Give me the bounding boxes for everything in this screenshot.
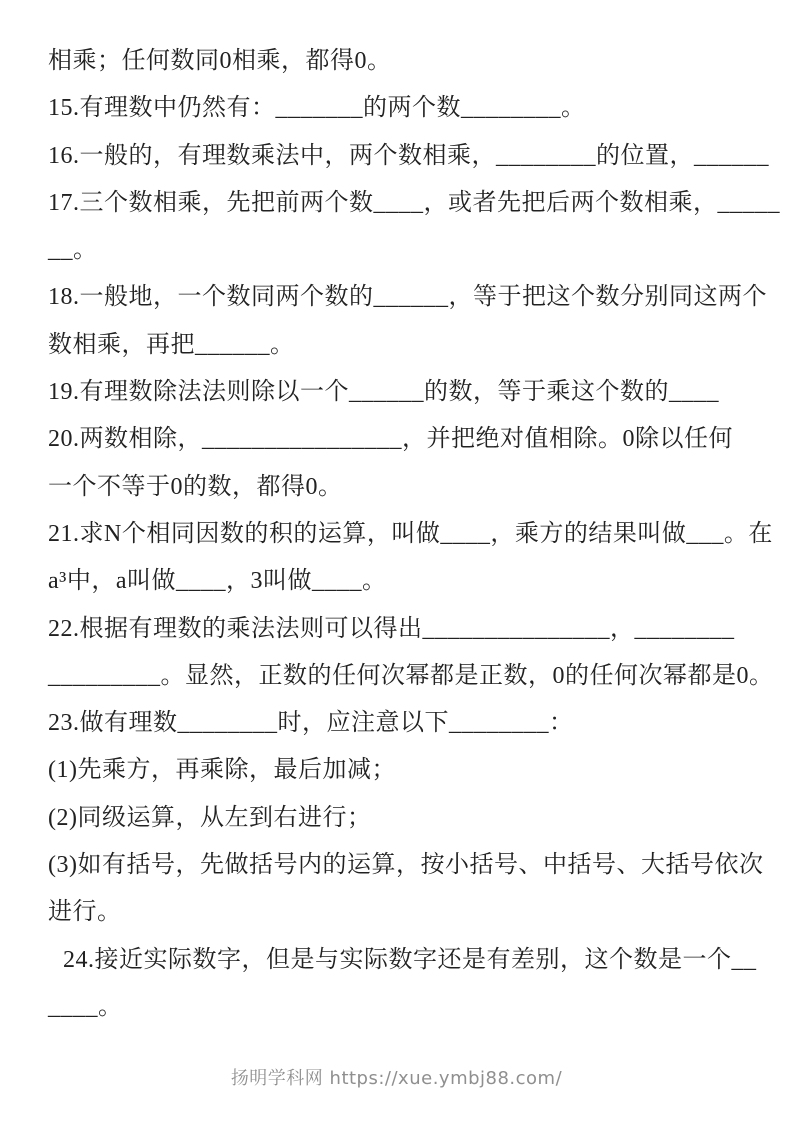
worksheet-line: 18.一般地，一个数同两个数的______，等于把这个数分别同这两个 bbox=[48, 274, 757, 321]
worksheet-line: 19.有理数除法法则除以一个______的数，等于乘这个数的____ bbox=[48, 369, 757, 416]
worksheet-line: 一个不等于0的数，都得0。 bbox=[48, 464, 757, 511]
worksheet-line: __。 bbox=[48, 227, 757, 274]
worksheet-line: 24.接近实际数字，但是与实际数字还是有差别，这个数是一个__ bbox=[48, 937, 757, 984]
worksheet-line: 22.根据有理数的乘法法则可以得出_______________，_______… bbox=[48, 606, 757, 653]
worksheet-line: _________。显然，正数的任何次幂都是正数，0的任何次幂都是0。 bbox=[48, 653, 757, 700]
worksheet-line: 15.有理数中仍然有：_______的两个数________。 bbox=[48, 85, 757, 132]
worksheet-line: (3)如有括号，先做括号内的运算，按小括号、中括号、大括号依次 bbox=[48, 842, 757, 889]
worksheet-line: 16.一般的，有理数乘法中，两个数相乘，________的位置，______ bbox=[48, 133, 757, 180]
footer-watermark: 扬明学科网 https://xue.ymbj88.com/ bbox=[0, 1064, 793, 1090]
worksheet-page: 相乘；任何数同0相乘，都得0。15.有理数中仍然有：_______的两个数___… bbox=[0, 0, 793, 1122]
worksheet-line: 23.做有理数________时，应注意以下________： bbox=[48, 700, 757, 747]
worksheet-line: a³中，a叫做____，3叫做____。 bbox=[48, 558, 757, 605]
worksheet-line: 进行。 bbox=[48, 889, 757, 936]
worksheet-line: 20.两数相除，________________，并把绝对值相除。0除以任何 bbox=[48, 416, 757, 463]
worksheet-content: 相乘；任何数同0相乘，都得0。15.有理数中仍然有：_______的两个数___… bbox=[48, 38, 757, 1031]
worksheet-line: (1)先乘方，再乘除，最后加减； bbox=[48, 747, 757, 794]
worksheet-line: (2)同级运算，从左到右进行； bbox=[48, 795, 757, 842]
worksheet-line: 17.三个数相乘，先把前两个数____，或者先把后两个数相乘，_____ bbox=[48, 180, 757, 227]
worksheet-line: 相乘；任何数同0相乘，都得0。 bbox=[48, 38, 757, 85]
worksheet-line: 数相乘，再把______。 bbox=[48, 322, 757, 369]
worksheet-line: ____。 bbox=[48, 984, 757, 1031]
worksheet-line: 21.求N个相同因数的积的运算，叫做____，乘方的结果叫做___。在 bbox=[48, 511, 757, 558]
